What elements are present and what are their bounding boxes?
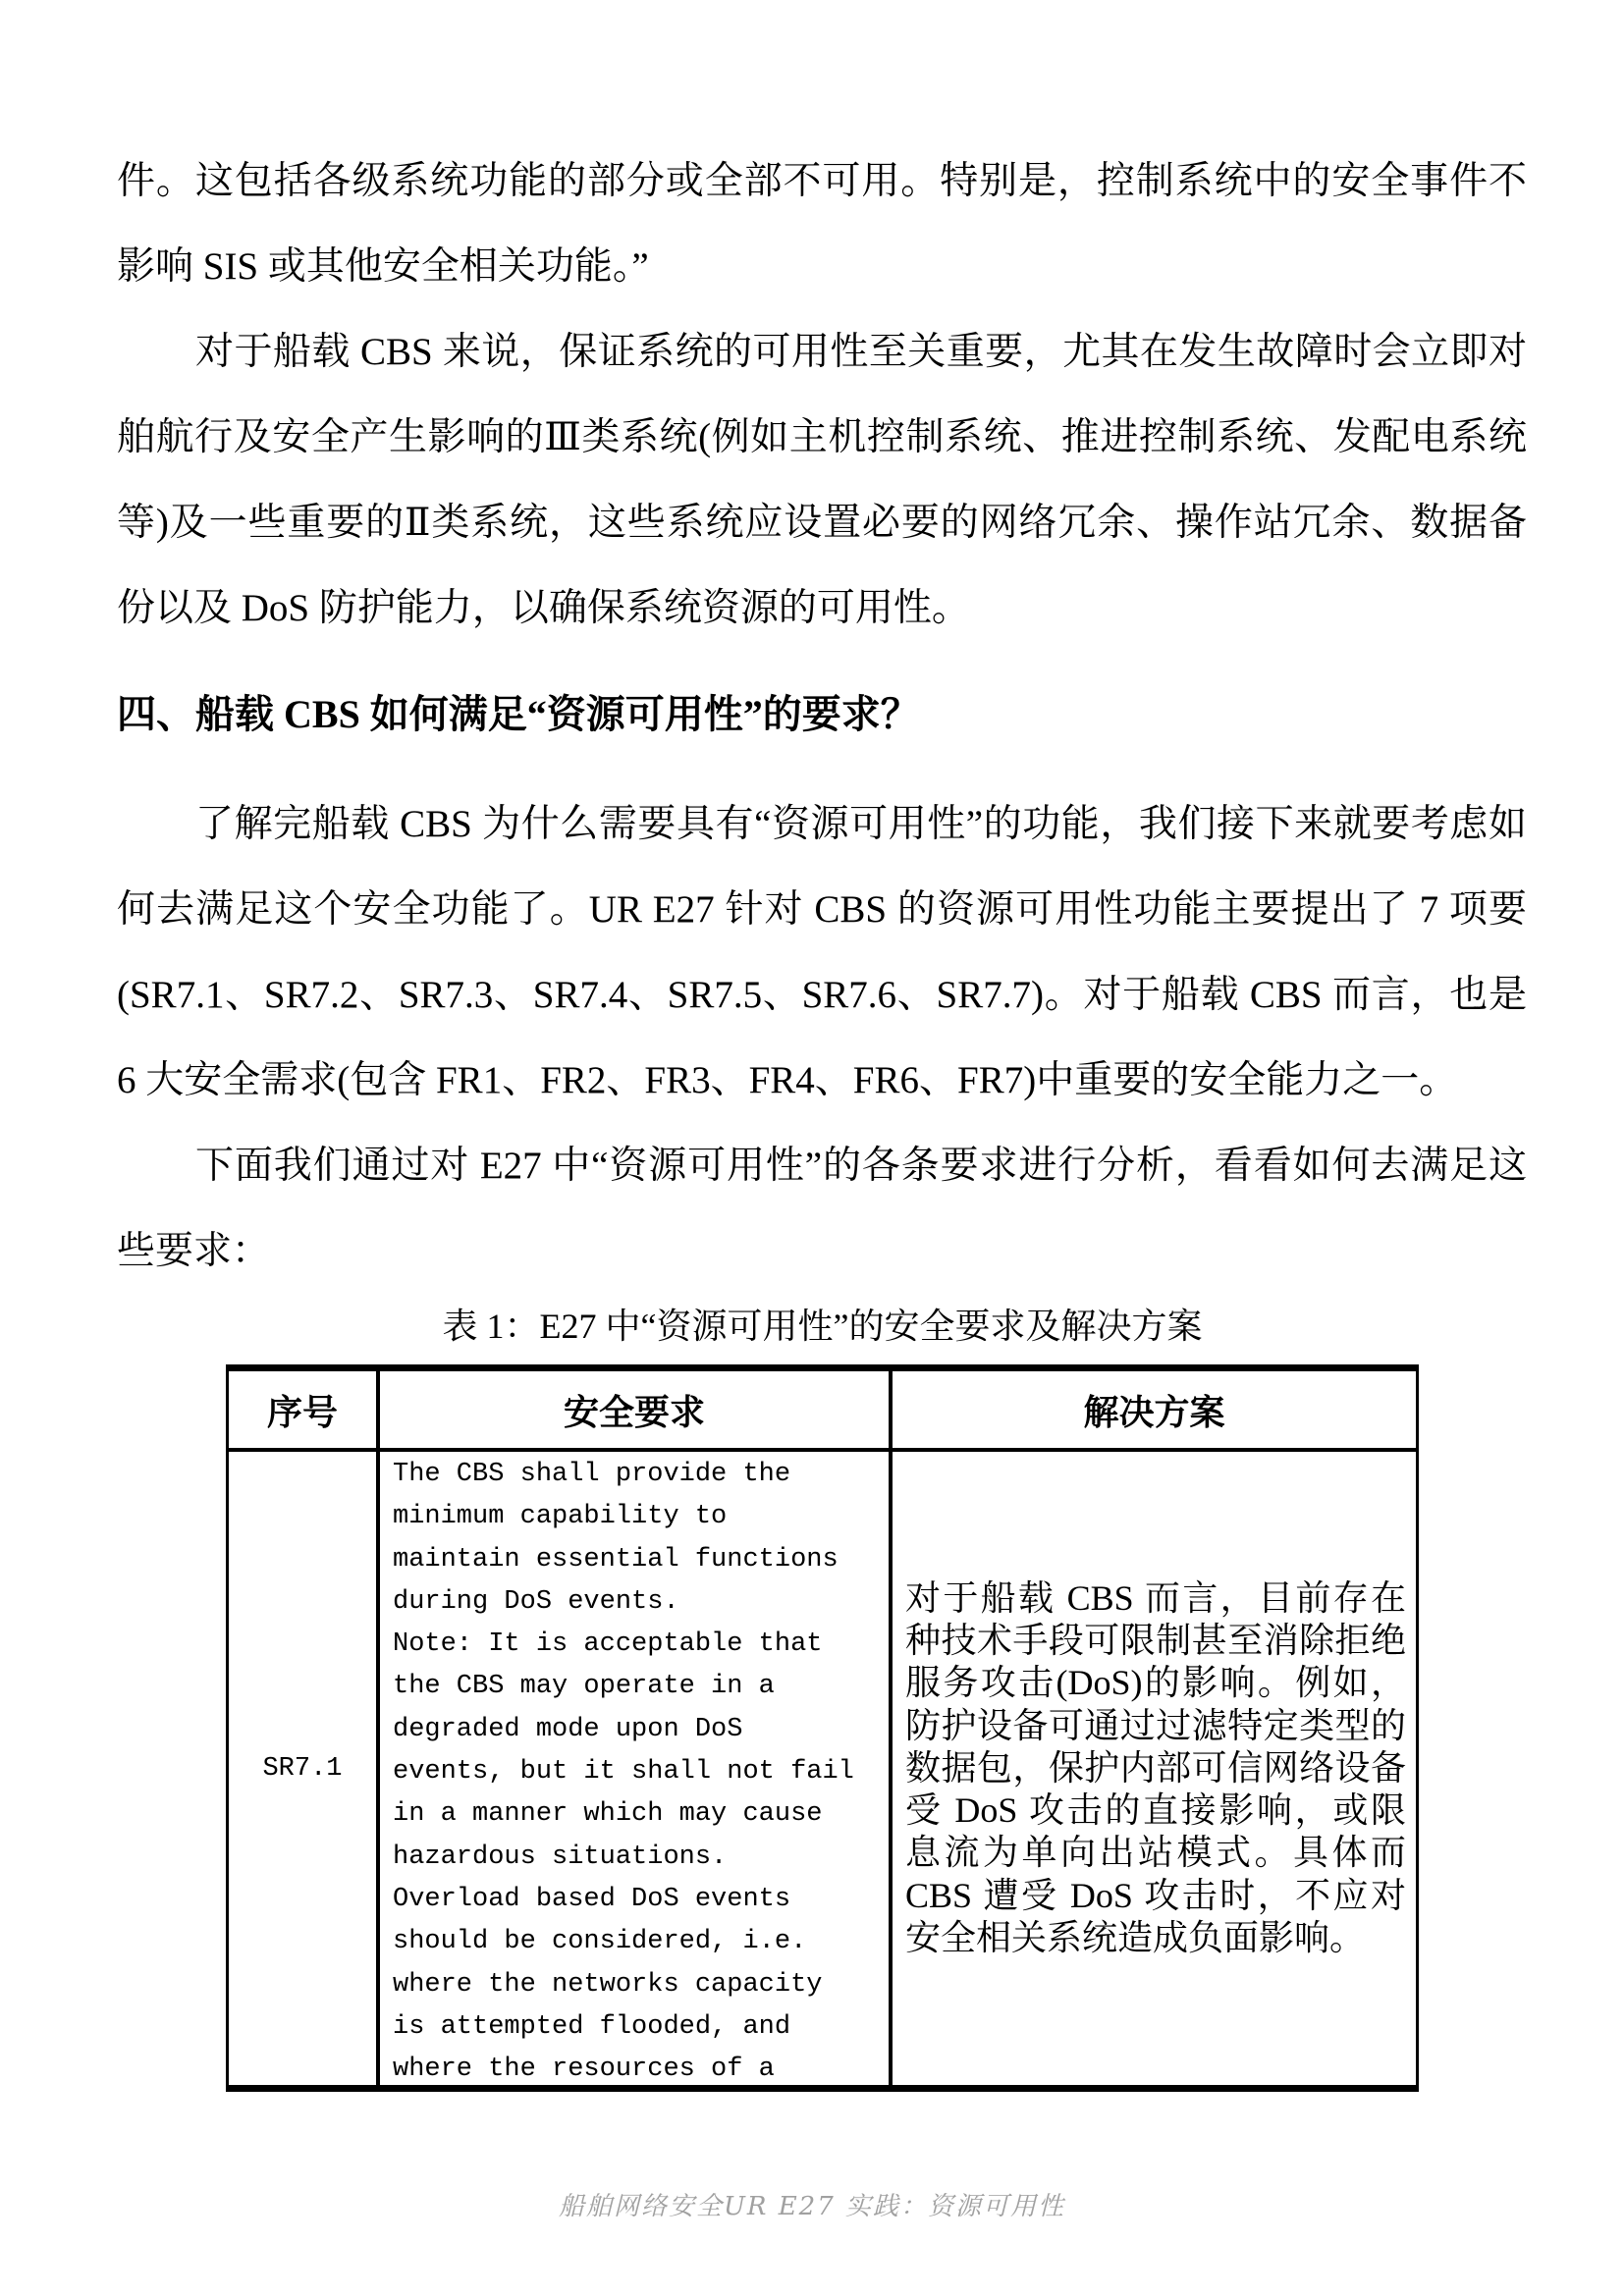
body-text-line: 6 大安全需求(包含 FR1、FR2、FR3、FR4、FR6、FR7)中重要的安…	[117, 1038, 1527, 1123]
body-text-line: 舶航行及安全产生影响的Ⅲ类系统(例如主机控制系统、推进控制系统、发配电系统	[117, 395, 1527, 480]
body-text-line: 下面我们通过对 E27 中“资源可用性”的各条要求进行分析，看看如何去满足这	[117, 1123, 1527, 1208]
requirement-text-line: where the networks capacity	[393, 1964, 885, 2006]
body-text: 件。这包括各级系统功能的部分或全部不可用。特别是，控制系统中的安全事件不应影响 …	[117, 138, 1527, 1294]
requirement-cell: The CBS shall provide theminimum capabil…	[376, 1452, 889, 2085]
requirement-text-line: Overload based DoS events	[393, 1879, 885, 1921]
body-text-line: 些要求：	[117, 1208, 1527, 1294]
body-text-line: 件。这包括各级系统功能的部分或全部不可用。特别是，控制系统中的安全事件不应	[117, 138, 1527, 224]
body-text-line: (SR7.1、SR7.2、SR7.3、SR7.4、SR7.5、SR7.6、SR7…	[117, 952, 1527, 1038]
requirement-text-line: hazardous situations.	[393, 1837, 885, 1879]
column-header-requirement: 安全要求	[376, 1371, 889, 1448]
body-text-line: 影响 SIS 或其他安全相关功能。”	[117, 224, 1527, 309]
document-page: 件。这包括各级系统功能的部分或全部不可用。特别是，控制系统中的安全事件不应影响 …	[0, 0, 1624, 2296]
solution-text-line: 息流为单向出站模式。具体而言，	[905, 1832, 1406, 1874]
page-footer: 船舶网络安全UR E27 实践：资源可用性	[0, 2185, 1624, 2228]
solution-text-line: 受 DoS 攻击的直接影响，或限制信	[905, 1789, 1406, 1832]
solution-text-line: 对于船载 CBS 而言，目前存在很多	[905, 1577, 1406, 1620]
requirement-text-line: The CBS shall provide the	[393, 1454, 885, 1496]
table-row: SR7.1 The CBS shall provide theminimum c…	[229, 1448, 1416, 2085]
body-text-line: 何去满足这个安全功能了。UR E27 针对 CBS 的资源可用性功能主要提出了 …	[117, 867, 1527, 952]
body-text-line: 份以及 DoS 防护能力，以确保系统资源的可用性。	[117, 565, 1527, 651]
requirement-text-line: Note: It is acceptable that	[393, 1624, 885, 1666]
table-caption: 表 1：E27 中“资源可用性”的安全要求及解决方案	[226, 1302, 1419, 1351]
column-header-id: 序号	[229, 1371, 376, 1448]
requirement-text-line: in a manner which may cause	[393, 1793, 885, 1836]
requirement-text-line: events, but it shall not fail	[393, 1751, 885, 1793]
column-header-solution: 解决方案	[889, 1371, 1416, 1448]
solution-text-line: 种技术手段可限制甚至消除拒绝	[905, 1620, 1406, 1662]
row-id-cell: SR7.1	[229, 1452, 376, 2085]
solution-text-line: CBS 遭受 DoS 攻击时，不应对任何	[905, 1875, 1406, 1917]
body-text-line: 对于船载 CBS 来说，保证系统的可用性至关重要，尤其在发生故障时会立即对船	[117, 309, 1527, 395]
solution-text-line: 数据包，保护内部可信网络设备免	[905, 1747, 1406, 1789]
section-heading: 四、船载 CBS 如何满足“资源可用性”的要求？	[117, 671, 1527, 757]
requirement-text-line: where the resources of a	[393, 2049, 885, 2085]
body-text-line: 等)及一些重要的Ⅱ类系统，这些系统应设置必要的网络冗余、操作站冗余、数据备	[117, 480, 1527, 565]
requirement-text-line: should be considered, i.e.	[393, 1921, 885, 1963]
solution-text-line: 安全相关系统造成负面影响。	[905, 1917, 1406, 1959]
requirement-text-line: minimum capability to	[393, 1496, 885, 1538]
requirement-text-line: degraded mode upon DoS	[393, 1709, 885, 1751]
requirements-table: 序号 安全要求 解决方案 SR7.1 The CBS shall provide…	[226, 1364, 1419, 2092]
table-header-row: 序号 安全要求 解决方案	[229, 1371, 1416, 1448]
requirement-text-line: is attempted flooded, and	[393, 2006, 885, 2049]
solution-cell: 对于船载 CBS 而言，目前存在很多种技术手段可限制甚至消除拒绝服务攻击(DoS…	[889, 1452, 1416, 2085]
body-text-line: 了解完船载 CBS 为什么需要具有“资源可用性”的功能，我们接下来就要考虑如	[117, 781, 1527, 867]
requirement-text-line: maintain essential functions	[393, 1539, 885, 1581]
solution-text-line: 防护设备可通过过滤特定类型的	[905, 1705, 1406, 1747]
solution-text-line: 服务攻击(DoS)的影响。例如，边界	[905, 1662, 1406, 1704]
requirement-text-line: during DoS events.	[393, 1581, 885, 1624]
requirement-text-line: the CBS may operate in a	[393, 1666, 885, 1708]
